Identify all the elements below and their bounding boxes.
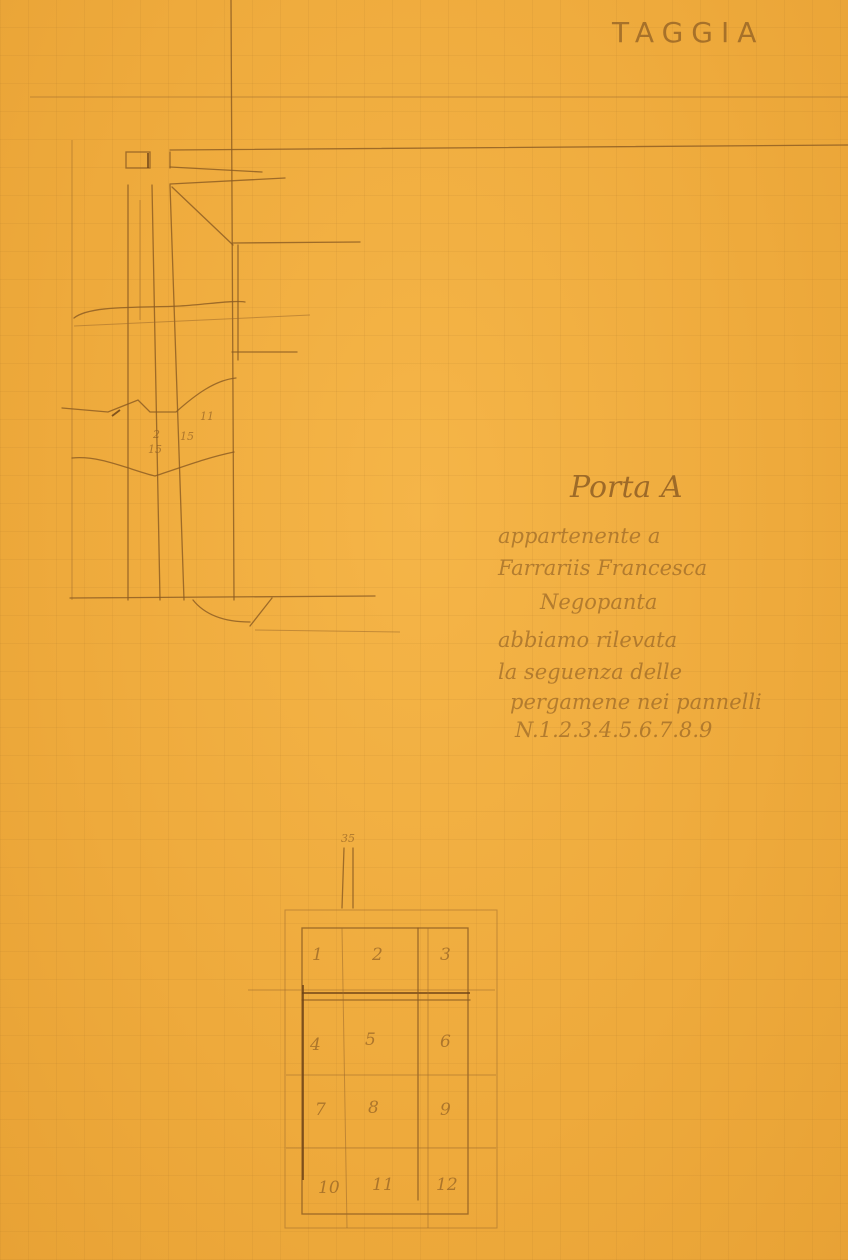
note-line-1: appartenente a xyxy=(498,524,660,548)
sketch-drawing xyxy=(0,0,848,1260)
panel-number: 11 xyxy=(372,1175,394,1195)
page-title: TAGGIA xyxy=(612,16,764,49)
profile-label: 15 xyxy=(180,430,194,443)
panel-number: 1 xyxy=(312,945,323,965)
profile-label: 11 xyxy=(200,410,214,423)
profile-label: 2 xyxy=(153,428,160,441)
panel-number: 12 xyxy=(436,1175,458,1195)
note-line-2: Farrariis Francesca xyxy=(498,556,707,580)
note-line-7: N.1.2.3.4.5.6.7.8.9 xyxy=(515,718,712,742)
note-line-4: abbiamo rilevata xyxy=(498,628,677,652)
panel-number: 10 xyxy=(318,1178,340,1198)
panel-number: 7 xyxy=(315,1100,326,1120)
panel-number: 3 xyxy=(440,945,451,965)
profile-label: 15 xyxy=(148,443,162,456)
panel-number: 8 xyxy=(368,1098,379,1118)
panel-number: 2 xyxy=(372,945,383,965)
note-line-5: la seguenza delle xyxy=(498,660,682,684)
note-line-6: pergamene nei pannelli xyxy=(510,690,762,714)
note-line-3: Negopanta xyxy=(540,590,657,614)
panel-number: 5 xyxy=(365,1030,376,1050)
panel-number: 4 xyxy=(310,1035,321,1055)
door-top-label: 35 xyxy=(341,832,355,845)
note-heading: Porta A xyxy=(570,470,683,505)
panel-number: 6 xyxy=(440,1032,451,1052)
panel-number: 9 xyxy=(440,1100,451,1120)
